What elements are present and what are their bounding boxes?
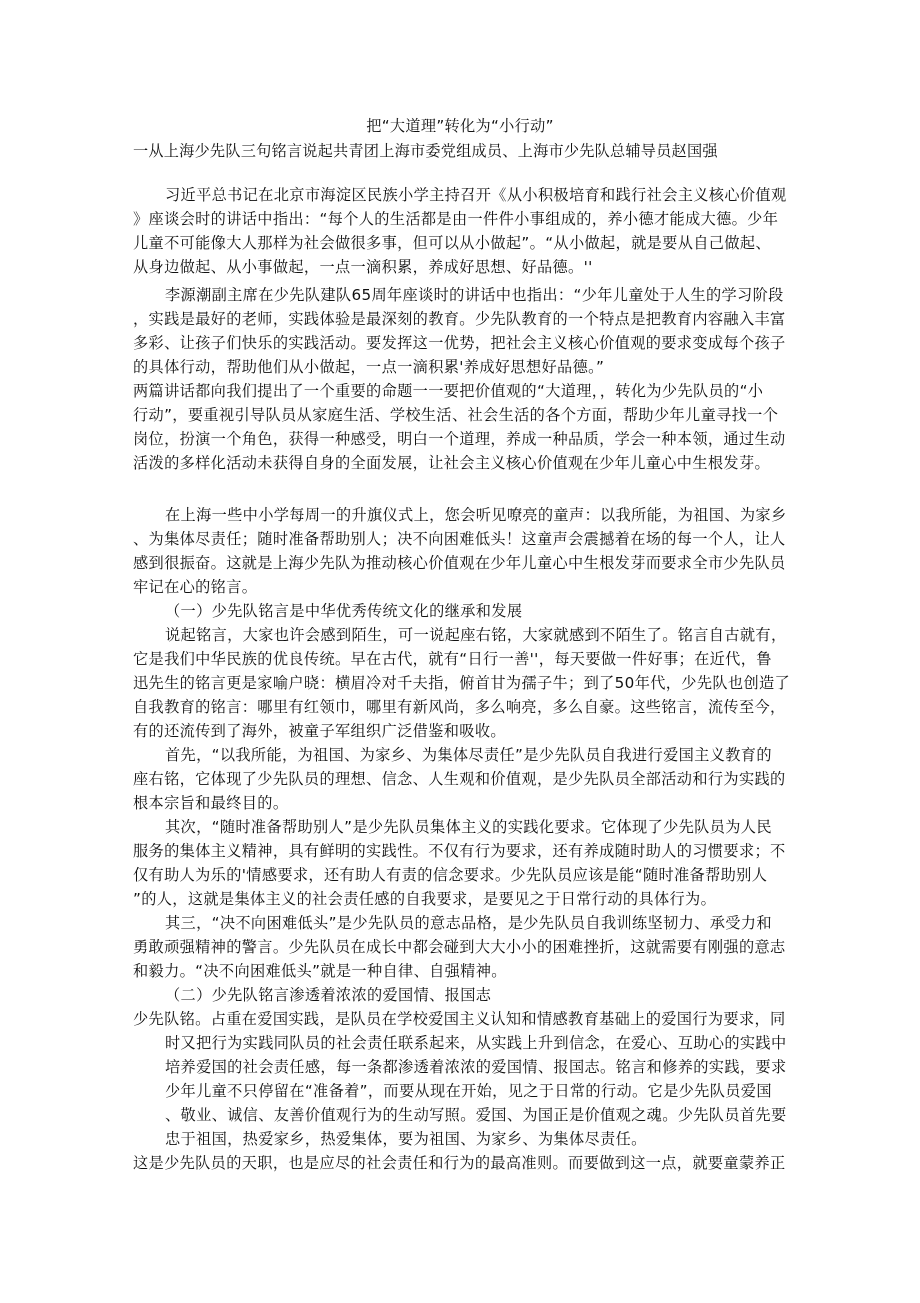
text-line: 其三，“决不向困难低头”是少先队员的意志品格，是少先队员自我训练坚韧力、承受力和: [165, 911, 825, 935]
text-line: ，实践是最好的老师，实践体验是最深刻的教育。少先队教育的一个特点是把教育内容融入…: [133, 307, 793, 331]
text-line: ”的人，这就是集体主义的社会责任感的自我要求，是要见之于日常行动的具体行为。: [133, 887, 793, 911]
text-line: 培养爱国的社会责任感，每一条都渗透着浓浓的爱国情、报国志。铭言和修养的实践，要求: [165, 1055, 825, 1079]
text-line: 少年儿童不只停留在“准备着”，而要从现在开始，见之于日常的行动。它是少先队员爱国: [165, 1079, 825, 1103]
text-line: 有的还流传到了海外，被童子军组织广泛借鉴和吸收。: [133, 719, 793, 743]
text-line: 李源潮副主席在少先队建队65周年座谈时的讲话中也指出：“少年儿童处于人生的学习阶…: [165, 283, 825, 307]
text-line: 从身边做起、从小事做起，一点一滴积累，养成好思想、好品德。'': [133, 255, 793, 279]
document-page: 把“大道理”转化为“小行动” 一从上海少先队三句铭言说起共青团上海市委党组成员、…: [0, 0, 920, 1303]
text-line: 服务的集体主义精神，具有鲜明的实践性。不仅有行为要求，还有养成随时助人的习惯要求…: [133, 839, 793, 863]
text-line: 仅有助人为乐的'情感要求，还有助人有责的信念要求。少先队员应该是能“随时准备帮助…: [133, 863, 793, 887]
text-line: 行动”，要重视引导队员从家庭生活、学校生活、社会生活的各个方面，帮助少年儿童寻找…: [133, 403, 793, 427]
text-line: 和毅力。“决不向困难低头”就是一种自律、自强精神。: [133, 959, 793, 983]
text-line: 忠于祖国，热爱家乡，热爱集体，要为祖国、为家乡、为集体尽责任。: [165, 1127, 825, 1151]
text-line: 少先队铭。占重在爱国实践，是队员在学校爱国主义认知和情感教育基础上的爱国行为要求…: [133, 1007, 793, 1031]
text-line: 牢记在心的铭言。: [133, 575, 793, 599]
text-line: 活泼的多样化活动未获得自身的全面发展，让社会主义核心价值观在少年儿童心中生根发芽…: [133, 451, 793, 475]
text-line: 、敬业、诚信、友善价值观行为的生动写照。爱国、为国正是价值观之魂。少先队员首先要: [165, 1103, 825, 1127]
text-line: 岗位，扮演一个角色，获得一种感受，明白一个道理，养成一种品质，学会一种本领，通过…: [133, 427, 793, 451]
text-line: 两篇讲话都向我们提出了一个重要的命题一一要把价值观的“大道理，，转化为少先队员的…: [133, 379, 793, 403]
text-line: 》座谈会时的讲话中指出：“每个人的生活都是由一件件小事组成的，养小德才能成大德。…: [133, 207, 793, 231]
text-line: 时又把行为实践同队员的社会责任联系起来，从实践上升到信念，在爱心、互助心的实践中: [165, 1031, 825, 1055]
text-line: 在上海一些中小学每周一的升旗仪式上，您会听见嘹亮的童声：以我所能，为祖国、为家乡: [165, 503, 825, 527]
text-line: 勇敢顽强精神的警言。少先队员在成长中都会碰到大大小小的困难挫折，这就需要有刚强的…: [133, 935, 793, 959]
text-line: 首先，“以我所能，为祖国、为家乡、为集体尽责任”是少先队员自我进行爱国主义教育的: [165, 743, 825, 767]
document-subtitle: 一从上海少先队三句铭言说起共青团上海市委党组成员、上海市少先队总辅导员赵国强: [133, 141, 718, 161]
text-line: 习近平总书记在北京市海淀区民族小学主持召开《从小积极培育和践行社会主义核心价值观: [165, 183, 825, 207]
text-line: 座右铭，它体现了少先队员的理想、信念、人生观和价值观，是少先队员全部活动和行为实…: [133, 767, 793, 791]
text-line: 根本宗旨和最终目的。: [133, 791, 793, 815]
text-line: 儿童不可能像大人那样为社会做很多事，但可以从小做起”。“从小做起，就是要从自己做…: [133, 231, 793, 255]
text-line: 、为集体尽责任；随时准备帮助别人；决不向困难低头！这童声会震撼着在场的每一个人，…: [133, 527, 793, 551]
text-line: 多彩、让孩子们快乐的实践活动。要发挥这一优势，把社会主义核心价值观的要求变成每个…: [133, 331, 793, 355]
text-line: 说起铭言，大家也许会感到陌生，可一说起座右铭，大家就感到不陌生了。铭言自古就有，: [165, 623, 825, 647]
text-line: 感到很振奋。这就是上海少先队为推动核心价值观在少年儿童心中生根发芽而要求全市少先…: [133, 551, 793, 575]
text-line: 迅先生的铭言更是家喻户晓：横眉冷对千夫指，俯首甘为孺子牛；到了50年代，少先队也…: [133, 671, 793, 695]
text-line: 其次，“随时准备帮助别人”是少先队员集体主义的实践化要求。它体现了少先队员为人民: [165, 815, 825, 839]
text-line: （二）少先队铭言渗透着浓浓的爱国情、报国志: [165, 983, 825, 1007]
document-title: 把“大道理”转化为“小行动”: [0, 116, 920, 136]
text-line: 这是少先队员的天职，也是应尽的社会责任和行为的最高准则。而要做到这一点，就要童蒙…: [133, 1151, 793, 1175]
text-line: 自我教育的铭言：哪里有红领巾，哪里有新风尚，多么响亮，多么自豪。这些铭言，流传至…: [133, 695, 793, 719]
text-line: 的具体行动，帮助他们从小做起，一点一滴积累'养成好思想好品德。”: [133, 355, 793, 379]
text-line: 它是我们中华民族的优良传统。早在古代，就有“日行一善''，每天要做一件好事；在近…: [133, 647, 793, 671]
text-line: （一）少先队铭言是中华优秀传统文化的继承和发展: [165, 599, 825, 623]
